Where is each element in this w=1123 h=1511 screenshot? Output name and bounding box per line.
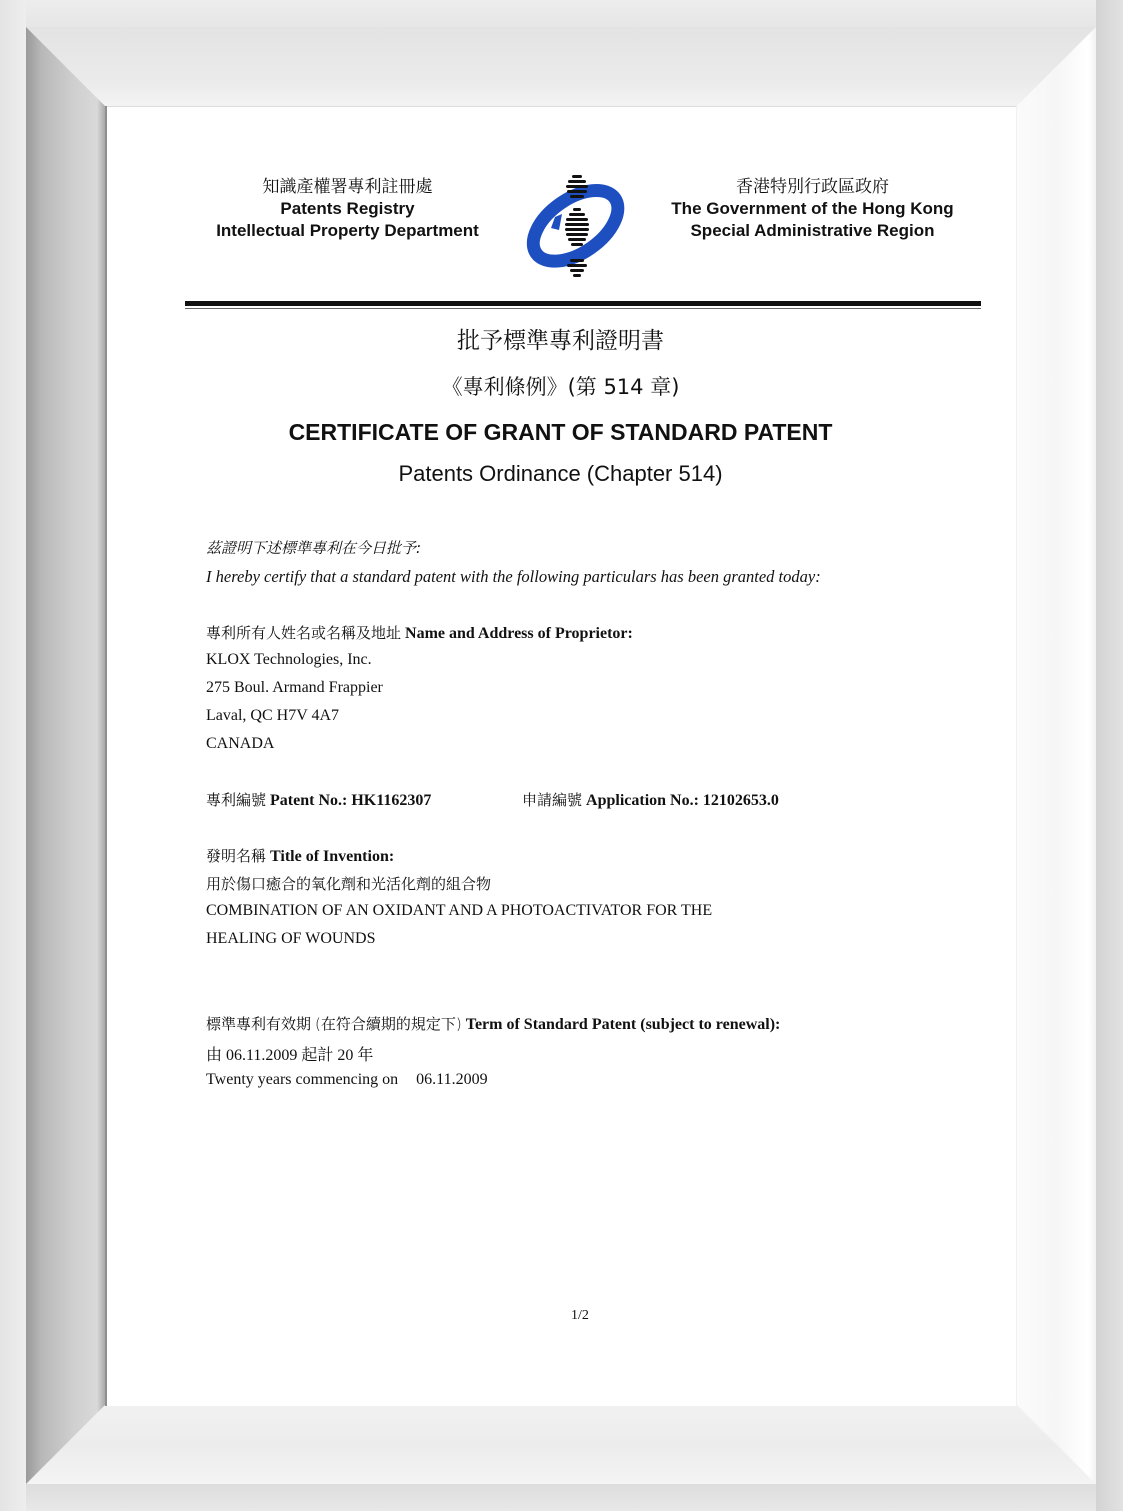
frame-rim-right bbox=[1096, 0, 1123, 1511]
term-label-en: Term of Standard Patent (subject to rene… bbox=[466, 1016, 781, 1033]
application-no-label-en: Application No.: bbox=[586, 792, 699, 809]
proprietor-label: 專利所有人姓名或名稱及地址 Name and Address of Propri… bbox=[206, 622, 633, 643]
invention-label-zh: 發明名稱 bbox=[206, 847, 266, 865]
application-no-value: 12102653.0 bbox=[703, 792, 779, 809]
proprietor-country: CANADA bbox=[206, 735, 274, 753]
term-label-zh-paren: (在符合續期的規定下) bbox=[315, 1015, 462, 1033]
invention-label: 發明名稱 Title of Invention: bbox=[206, 845, 394, 866]
letterhead-right-zh: 香港特別行政區政府 bbox=[650, 176, 975, 198]
invention-title-en-1: COMBINATION OF AN OXIDANT AND A PHOTOACT… bbox=[206, 902, 712, 920]
proprietor-name: KLOX Technologies, Inc. bbox=[206, 651, 372, 669]
title-en: CERTIFICATE OF GRANT OF STANDARD PATENT bbox=[105, 419, 1016, 446]
page-number: 1/2 bbox=[560, 1308, 600, 1324]
frame-bevel-top bbox=[26, 27, 1096, 106]
proprietor-label-en: Name and Address of Proprietor: bbox=[405, 625, 633, 642]
term-label: 標準專利有效期 (在符合續期的規定下) Term of Standard Pat… bbox=[206, 1013, 780, 1034]
frame-bevel-bottom bbox=[26, 1405, 1096, 1484]
letterhead-left-line2: Intellectual Property Department bbox=[200, 220, 495, 242]
invention-label-en: Title of Invention: bbox=[270, 848, 394, 865]
invention-title-en-2: HEALING OF WOUNDS bbox=[206, 930, 375, 948]
patent-number-line: 專利編號 Patent No.: HK1162307 bbox=[206, 789, 431, 810]
frame-bevel-left bbox=[26, 27, 105, 1484]
certify-zh: 茲證明下述標準專利在今日批予: bbox=[206, 537, 421, 558]
application-number-line: 申請編號 Application No.: 12102653.0 bbox=[522, 789, 779, 810]
title-zh: 批予標準專利證明書 bbox=[105, 322, 1016, 355]
letterhead-right-line2: Special Administrative Region bbox=[650, 220, 975, 242]
certify-en: I hereby certify that a standard patent … bbox=[206, 567, 821, 587]
proprietor-street: 275 Boul. Armand Frappier bbox=[206, 679, 383, 697]
ordinance-en: Patents Ordinance (Chapter 514) bbox=[105, 461, 1016, 487]
term-en: Twenty years commencing on 06.11.2009 bbox=[206, 1071, 488, 1089]
proprietor-label-zh: 專利所有人姓名或名稱及地址 bbox=[206, 624, 401, 642]
application-no-label-zh: 申請編號 bbox=[522, 791, 582, 809]
frame-rim-left bbox=[0, 0, 26, 1511]
letterhead-right: 香港特別行政區政府 The Government of the Hong Kon… bbox=[650, 176, 975, 242]
patent-no-label-zh: 專利編號 bbox=[206, 791, 266, 809]
letterhead-right-line1: The Government of the Hong Kong bbox=[650, 198, 975, 220]
term-en-date: 06.11.2009 bbox=[416, 1071, 487, 1088]
term-en-prefix: Twenty years commencing on bbox=[206, 1071, 398, 1088]
frame-rim-bottom bbox=[0, 1484, 1123, 1511]
patent-no-label-en: Patent No.: bbox=[270, 792, 347, 809]
header-rule bbox=[185, 301, 981, 306]
patent-no-value: HK1162307 bbox=[351, 792, 431, 809]
ipd-emblem-icon bbox=[515, 170, 635, 280]
header-rule-thin bbox=[185, 308, 981, 309]
invention-title-zh: 用於傷口癒合的氧化劑和光活化劑的組合物 bbox=[206, 873, 491, 894]
ordinance-zh: 《專利條例》(第 514 章) bbox=[105, 371, 1016, 401]
proprietor-city: Laval, QC H7V 4A7 bbox=[206, 707, 339, 725]
frame-rim-top bbox=[0, 0, 1123, 27]
letterhead-left-zh: 知識產權署專利註冊處 bbox=[200, 176, 495, 198]
term-zh: 由 06.11.2009 起計 20 年 bbox=[206, 1042, 373, 1065]
letterhead-left-line1: Patents Registry bbox=[200, 198, 495, 220]
term-label-zh: 標準專利有效期 bbox=[206, 1015, 311, 1033]
letterhead-left: 知識產權署專利註冊處 Patents Registry Intellectual… bbox=[200, 176, 495, 242]
frame-bevel-right bbox=[1017, 27, 1096, 1484]
